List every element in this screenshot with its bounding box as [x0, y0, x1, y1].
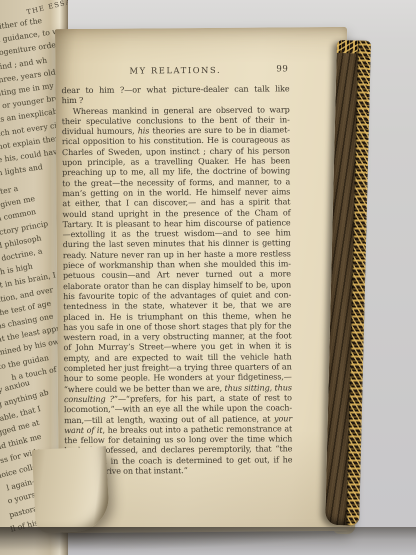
book-photo-scene: THE ESSA and neither of theand guidance,…	[0, 0, 416, 555]
page-header: MY RELATIONS. 99	[61, 64, 289, 78]
gilt-edge-border	[346, 41, 371, 526]
text-line: dear to him ?—or what picture-dealer can…	[61, 83, 289, 95]
text-block: dear to him ?—or what picture-dealer can…	[61, 83, 292, 476]
page-number: 99	[276, 64, 288, 74]
page-curl	[32, 446, 110, 534]
running-head: MY RELATIONS.	[61, 64, 289, 76]
